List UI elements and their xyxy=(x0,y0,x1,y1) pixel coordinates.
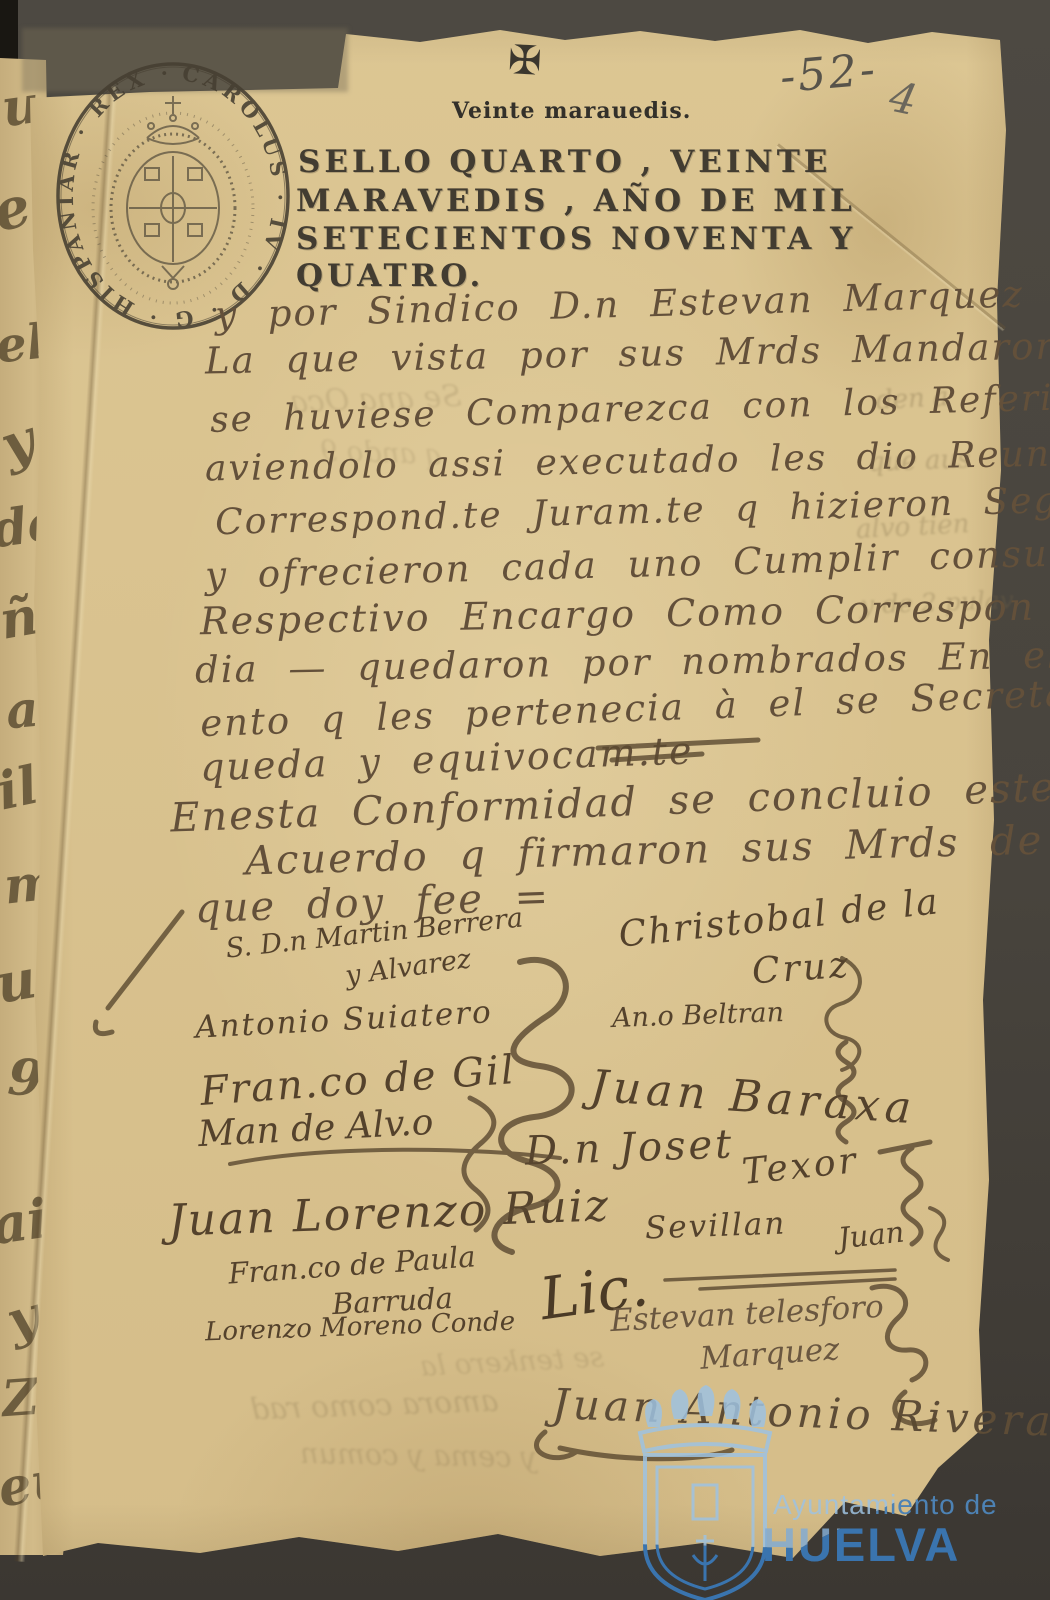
margin-text-fragment: il xyxy=(0,755,43,823)
signature: D.n Joset xyxy=(524,1121,735,1174)
signature: Juan xyxy=(836,1215,905,1256)
margin-text-fragment: y xyxy=(0,407,43,478)
signature: Sevillan xyxy=(644,1206,786,1247)
margin-text-fragment: a xyxy=(3,679,40,741)
signature: An.o Beltran xyxy=(612,997,785,1034)
margin-text-fragment: e xyxy=(0,173,37,246)
cross-ornament-icon: ✠ xyxy=(507,37,543,85)
scanned-document: u e el y de ñ a il m ue 9 ail y Z eu ✠ -… xyxy=(0,0,1050,1600)
stamp-text-line: SETECIENTOS NOVENTA Y xyxy=(296,221,856,257)
bleedthrough-text: y cema y comun xyxy=(300,1436,538,1474)
tax-denomination-text: Veinte marauedis. xyxy=(452,98,691,124)
signature: Cruz xyxy=(751,945,853,993)
stamp-text-line: MARAVEDIS , AÑO DE MIL xyxy=(296,183,856,219)
stamp-text-line: SELLO QUARTO , VEINTE xyxy=(298,144,831,180)
folio-number: -52- xyxy=(778,44,880,103)
